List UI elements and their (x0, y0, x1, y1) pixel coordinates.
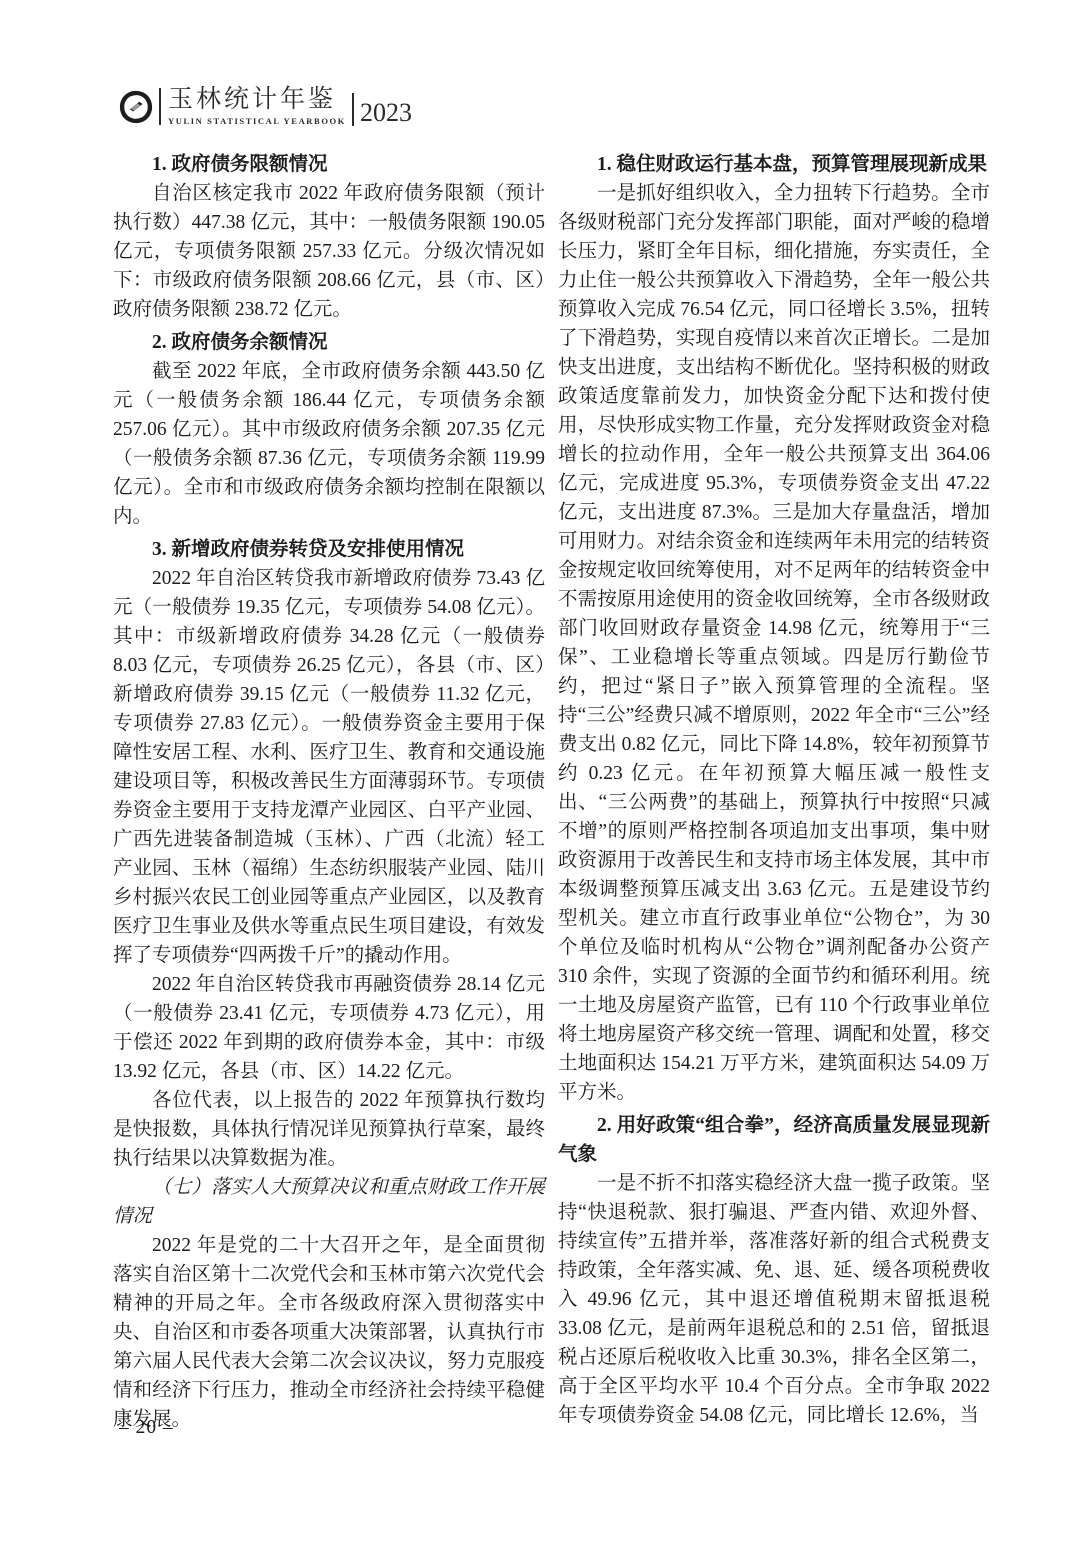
left-column: 1. 政府债务限额情况 自治区核定我市 2022 年政府债务限额（预计执行数）4… (113, 146, 545, 1434)
paragraph: 2022 年自治区转贷我市新增政府债券 73.43 亿元（一般债券 19.35 … (113, 564, 545, 970)
subsection-heading: （七）落实人大预算决议和重点财政工作开展情况 (113, 1173, 545, 1231)
yearbook-title-cn: 玉林统计年鉴 (168, 87, 346, 113)
paragraph: 一是不折不扣落实稳经济大盘一揽子政策。坚持“快退税款、狠打骗退、严查内错、欢迎外… (558, 1169, 990, 1430)
section-heading: 3. 新增政府债券转贷及安排使用情况 (113, 535, 545, 564)
page-number: – 20 – (119, 1417, 174, 1439)
paragraph: 截至 2022 年底，全市政府债务余额 443.50 亿元（一般债务余额 186… (113, 357, 545, 531)
paragraph: 自治区核定我市 2022 年政府债务限额（预计执行数）447.38 亿元，其中：… (113, 179, 545, 324)
paragraph: 2022 年是党的二十大召开之年，是全面贯彻落实自治区第十二次党代会和玉林市第六… (113, 1231, 545, 1434)
right-column: 1. 稳住财政运行基本盘，预算管理展现新成果 一是抓好组织收入，全力扭转下行趋势… (558, 146, 990, 1434)
yearbook-title-en: YULIN STATISTICAL YEARBOOK (168, 116, 346, 126)
section-heading: 2. 政府债务余额情况 (113, 328, 545, 357)
section-heading: 2. 用好政策“组合拳”，经济高质量发展显现新气象 (558, 1111, 990, 1169)
header-divider-bar (159, 88, 161, 125)
paragraph: 各位代表，以上报告的 2022 年预算执行数均是快报数，具体执行情况详见预算执行… (113, 1086, 545, 1173)
section-heading: 1. 稳住财政运行基本盘，预算管理展现新成果 (558, 150, 990, 179)
paragraph: 2022 年自治区转贷我市再融资债券 28.14 亿元（一般债券 23.41 亿… (113, 970, 545, 1086)
yearbook-edition-year: 2023 (360, 100, 412, 126)
page-header: 玉林统计年鉴 YULIN STATISTICAL YEARBOOK 2023 (117, 80, 990, 126)
two-column-body: 1. 政府债务限额情况 自治区核定我市 2022 年政府债务限额（预计执行数）4… (113, 146, 990, 1434)
paragraph: 一是抓好组织收入，全力扭转下行趋势。全市各级财税部门充分发挥部门职能，面对严峻的… (558, 179, 990, 1107)
section-heading: 1. 政府债务限额情况 (113, 150, 545, 179)
page-content: 玉林统计年鉴 YULIN STATISTICAL YEARBOOK 2023 1… (113, 80, 990, 1434)
header-divider-bar-2 (352, 93, 354, 126)
yearbook-title-block: 玉林统计年鉴 YULIN STATISTICAL YEARBOOK (168, 87, 346, 126)
yearbook-page: 玉林统计年鉴 YULIN STATISTICAL YEARBOOK 2023 1… (0, 0, 1090, 1550)
yearbook-logo-icon (117, 89, 155, 125)
